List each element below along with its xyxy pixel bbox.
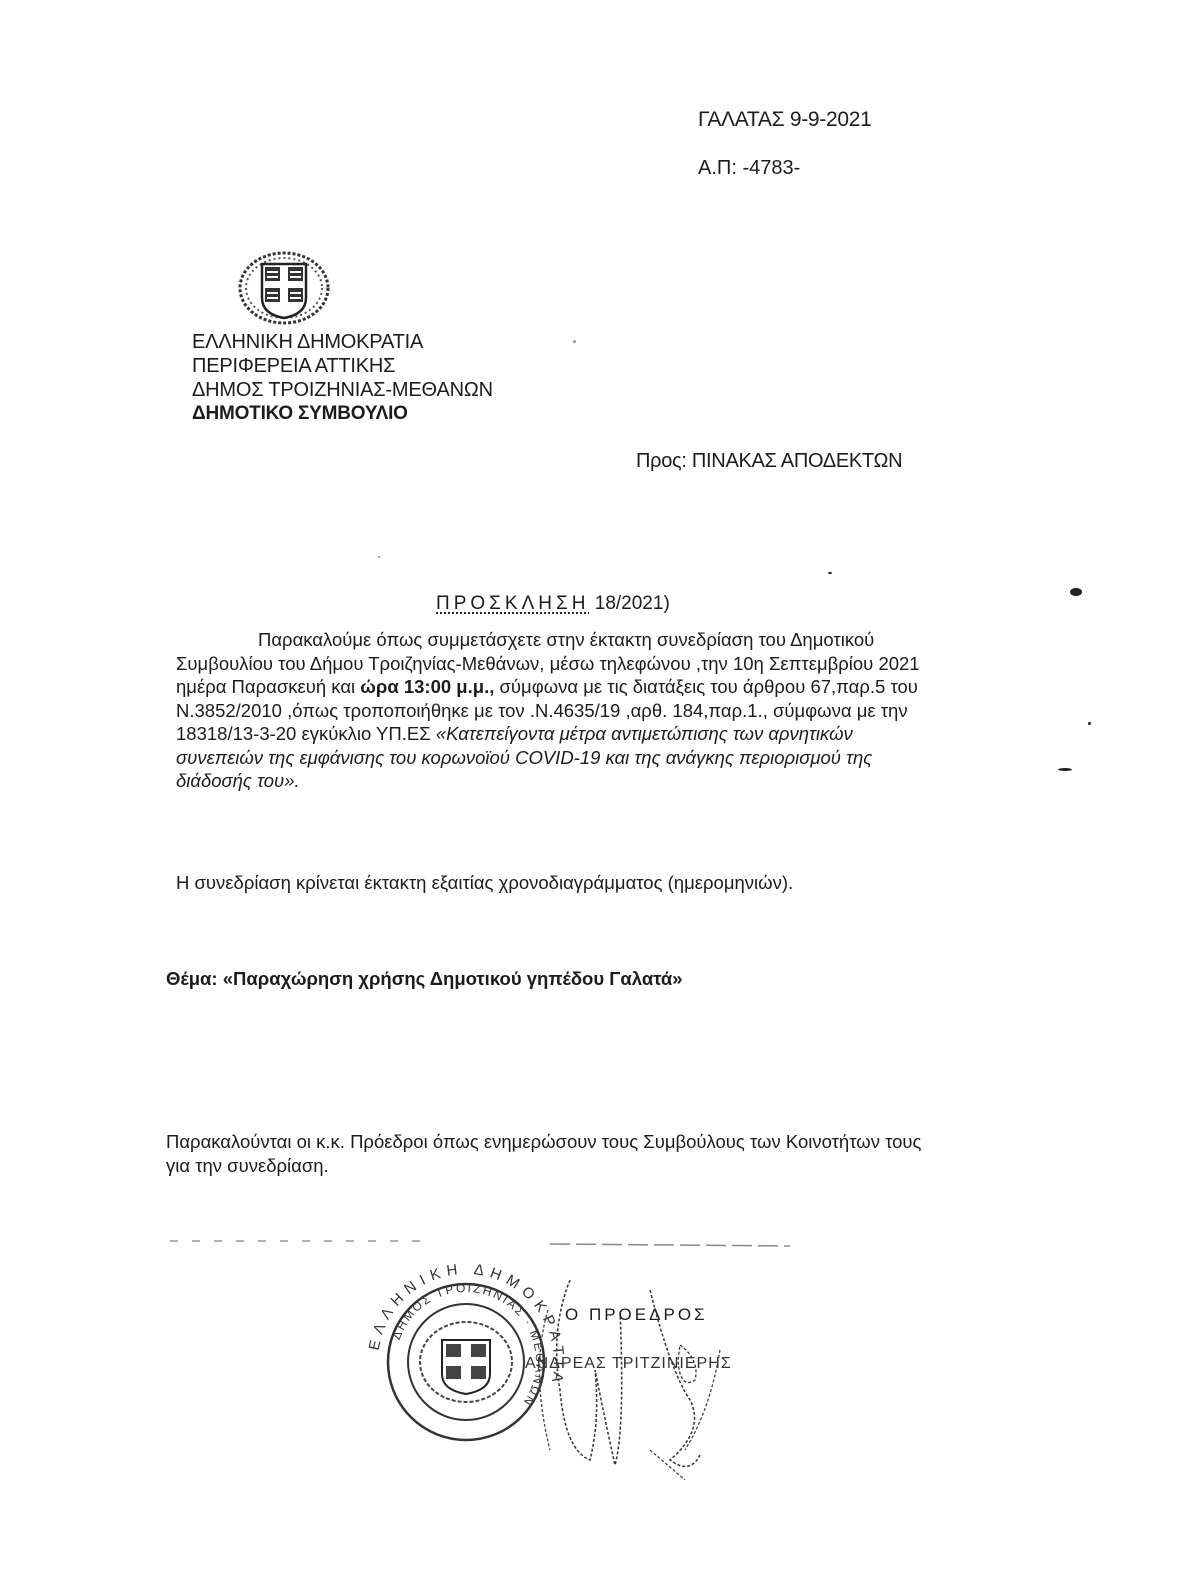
- body-line: Ν.3852/2010 ,όπως τροποποιήθηκε με τον .…: [176, 699, 916, 723]
- issuer-country: ΕΛΛΗΝΙΚΗ ΔΗΜΟΚΡΑΤΙΑ: [192, 330, 493, 354]
- body-line: 18318/13-3-20 εγκύκλιο ΥΠ.ΕΣ «Κατεπείγον…: [176, 722, 916, 746]
- body-text: 18318/13-3-20 εγκύκλιο ΥΠ.ΕΣ: [176, 723, 436, 744]
- meeting-time: ώρα 13:00 μ.μ.,: [360, 676, 494, 697]
- body-line: συνεπειών της εμφάνισης του κορωνοϊού CO…: [176, 746, 916, 770]
- scan-speck: [1088, 722, 1091, 725]
- closing-line: για την συνεδρίαση.: [166, 1154, 921, 1178]
- issuer-block: ΕΛΛΗΝΙΚΗ ΔΗΜΟΚΡΑΤΙΑ ΠΕΡΙΦΕΡΕΙΑ ΑΤΤΙΚΗΣ Δ…: [192, 330, 493, 426]
- document-title: ΠΡΟΣΚΛΗΣΗ 18/2021): [436, 593, 670, 615]
- closing-paragraph: Παρακαλούνται οι κ.κ. Πρόεδροι όπως ενημ…: [166, 1130, 921, 1178]
- protocol-number: Α.Π: -4783-: [698, 157, 800, 180]
- coat-of-arms-icon: [420, 1322, 512, 1402]
- body-line: Συμβουλίου του Δήμου Τροιζηνίας-Μεθάνων,…: [176, 652, 916, 676]
- scan-speck: [573, 340, 576, 343]
- body-line: ημέρα Παρασκευή και ώρα 13:00 μ.μ., σύμφ…: [176, 675, 916, 699]
- body-text: σύμφωνα με τις διατάξεις του άρθρου 67,π…: [494, 676, 918, 697]
- scan-speck: [378, 556, 380, 558]
- scan-speck: [828, 572, 832, 574]
- body-text: ημέρα Παρασκευή και: [176, 676, 360, 697]
- scan-speck: [1058, 768, 1072, 771]
- body-paragraph: Παρακαλούμε όπως συμμετάσχετε στην έκτακ…: [176, 628, 916, 793]
- title-word: ΠΡΟΣΚΛΗΣΗ: [436, 593, 589, 614]
- issuer-municipality: ΔΗΜΟΣ ΤΡΟΙΖΗΝΙΑΣ-ΜΕΘΑΝΩΝ: [192, 378, 493, 402]
- scan-speck: [1070, 588, 1082, 596]
- handwritten-signature: [520, 1250, 740, 1480]
- circular-title: «Κατεπείγοντα μέτρα αντιμετώπισης των αρ…: [436, 723, 853, 744]
- body-line: διάδοσής του».: [176, 769, 916, 793]
- body-line: Παρακαλούμε όπως συμμετάσχετε στην έκτακ…: [176, 628, 916, 652]
- closing-line: Παρακαλούνται οι κ.κ. Πρόεδροι όπως ενημ…: [166, 1130, 921, 1154]
- title-number: 18/2021): [595, 593, 670, 614]
- greek-coat-of-arms-icon: [236, 248, 332, 326]
- subject: Θέμα: «Παραχώρηση χρήσης Δημοτικού γηπέδ…: [166, 968, 683, 990]
- urgency-note: Η συνεδρίαση κρίνεται έκτακτη εξαιτίας χ…: [176, 872, 793, 894]
- issuer-region: ΠΕΡΙΦΕΡΕΙΑ ΑΤΤΙΚΗΣ: [192, 354, 493, 378]
- issuer-council: ΔΗΜΟΤΙΚΟ ΣΥΜΒΟΥΛΙΟ: [192, 402, 493, 426]
- place-date: ΓΑΛΑΤΑΣ 9-9-2021: [698, 108, 871, 132]
- faint-dashed-line: [170, 1238, 790, 1248]
- recipients: Προς: ΠΙΝΑΚΑΣ ΑΠΟΔΕΚΤΩΝ: [636, 450, 902, 473]
